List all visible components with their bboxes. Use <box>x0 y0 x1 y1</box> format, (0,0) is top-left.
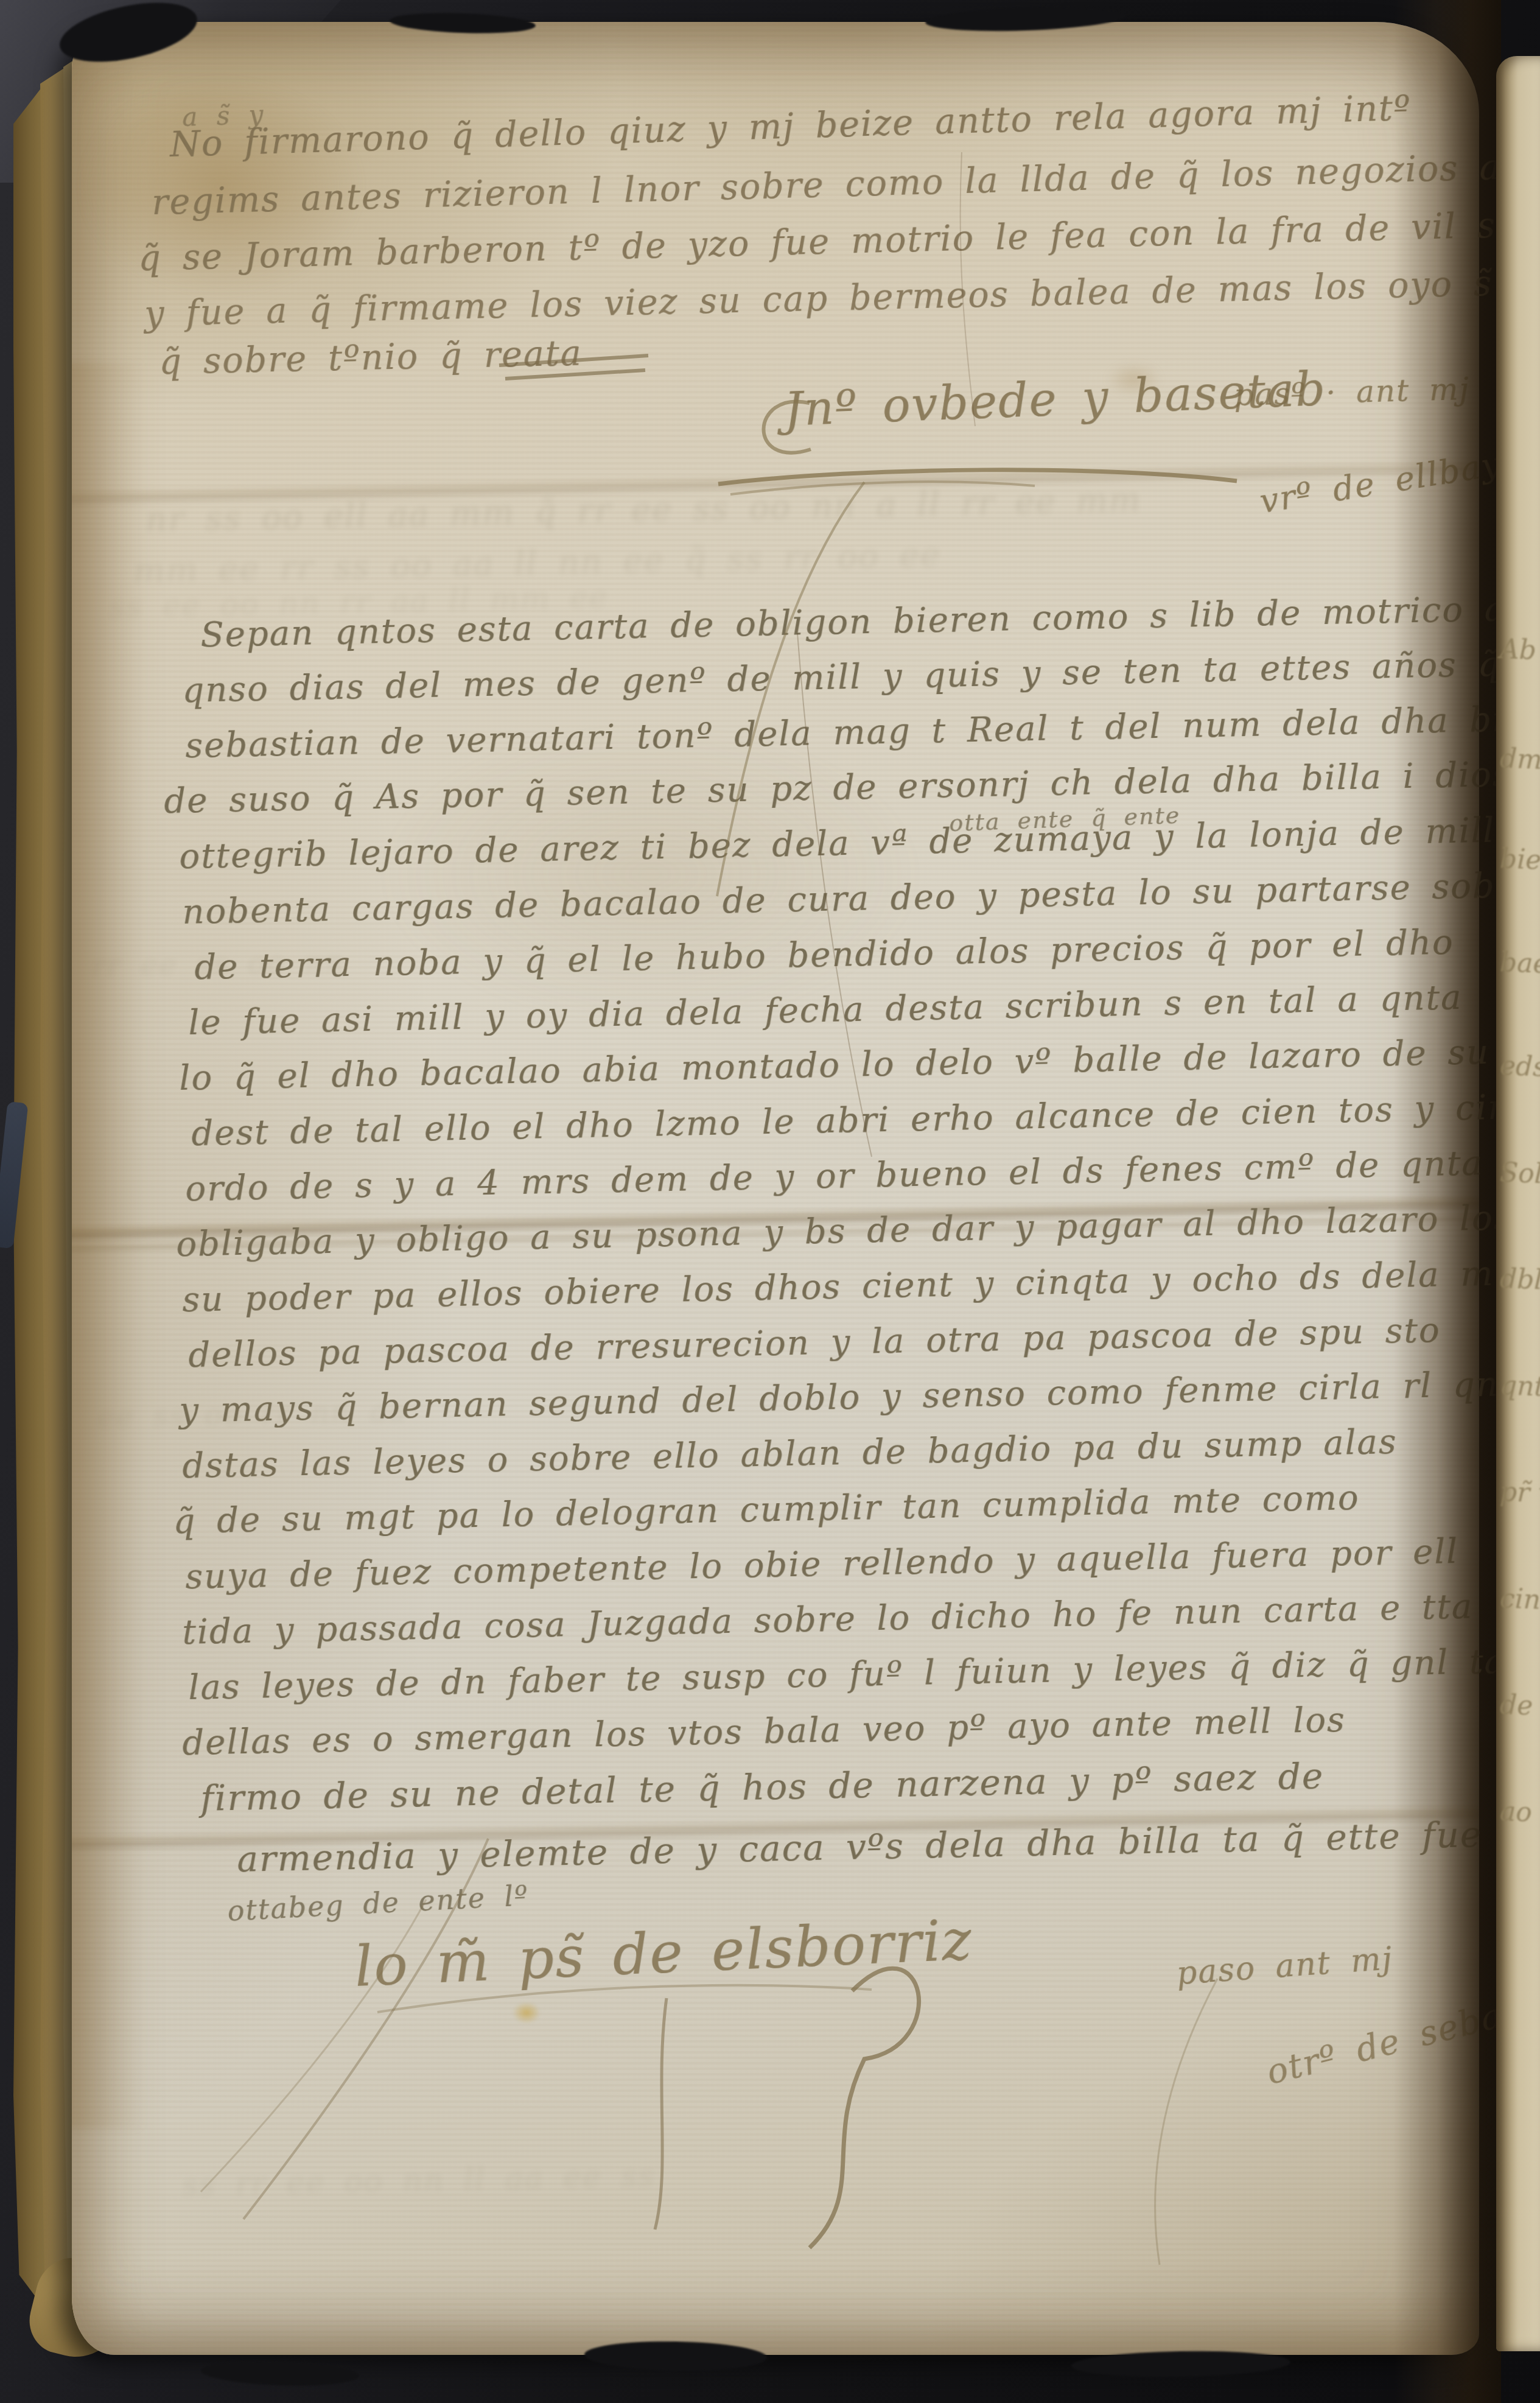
next-leaf-text-fragment: dblig <box>1499 1263 1540 1297</box>
next-leaf-text-fragment: Sol <box>1499 1157 1540 1190</box>
next-leaf-text-fragment: de qn <box>1499 1689 1540 1723</box>
gutter-shadow <box>1394 0 1501 2403</box>
next-leaf-edge: Abdmibienbaeleds lSoldbligqntepr̃ vdcinq… <box>1496 56 1540 2351</box>
next-leaf-text-fragment: bien <box>1499 843 1540 876</box>
next-leaf-text-fragment: dmi <box>1499 743 1540 776</box>
next-leaf-text-fragment: pr̃ vd <box>1499 1476 1540 1510</box>
next-leaf-text-fragment: qnte <box>1499 1370 1540 1403</box>
torn-edge-notch <box>200 2358 359 2388</box>
next-leaf-text-fragment: bael <box>1499 947 1540 980</box>
next-leaf-text-fragment: Ab <box>1499 634 1537 666</box>
corner-stain <box>78 77 364 296</box>
foxing-stain <box>1107 363 1161 396</box>
yellow-spot-stain <box>513 2002 541 2024</box>
fold-crease-top <box>72 457 1479 507</box>
fold-crease-bottom <box>72 1803 1479 1852</box>
center-stain <box>376 722 924 1026</box>
next-leaf-text-fragment: ao br <box>1499 1796 1540 1829</box>
manuscript-page <box>72 22 1479 2355</box>
next-leaf-text-fragment: cinq̃ <box>1499 1583 1540 1616</box>
next-leaf-text-fragment: eds l <box>1499 1050 1540 1084</box>
margin-damp-stain <box>72 363 145 2128</box>
photo-backdrop: a s̃ yNo firmarono q̃ dello qiuz y mj be… <box>0 0 1540 2403</box>
